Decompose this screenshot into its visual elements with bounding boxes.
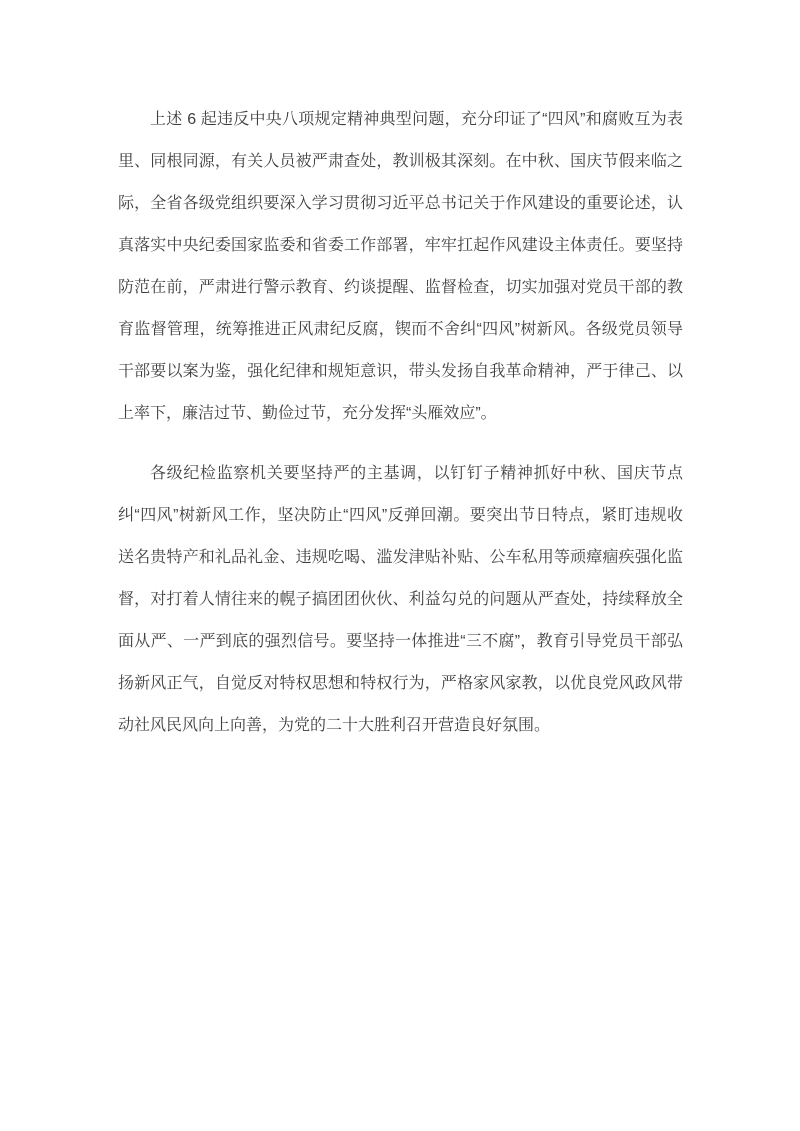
document-page: 上述 6 起违反中央八项规定精神典型问题，充分印证了“四风”和腐败互为表里、同根… [0, 0, 800, 1131]
document-body: 上述 6 起违反中央八项规定精神典型问题，充分印证了“四风”和腐败互为表里、同根… [118, 99, 683, 765]
body-paragraph-2: 各级纪检监察机关要坚持严的主基调，以钉钉子精神抓好中秋、国庆节点纠“四风”树新风… [118, 453, 683, 747]
body-paragraph-1: 上述 6 起违反中央八项规定精神典型问题，充分印证了“四风”和腐败互为表里、同根… [118, 99, 683, 435]
